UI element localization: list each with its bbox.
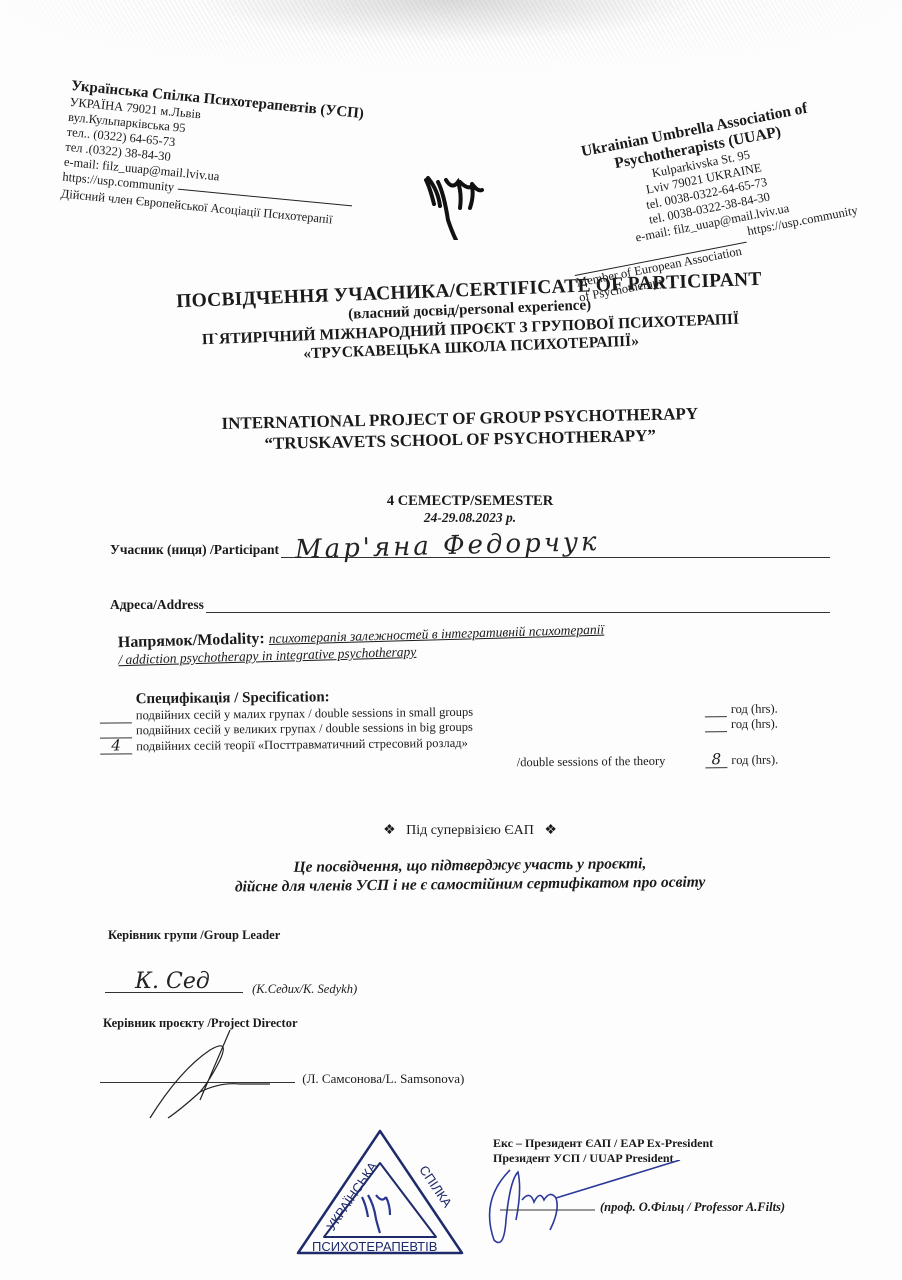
group-leader-signature-row: К. Сед (К.Седих/K. Sedykh)	[105, 972, 485, 997]
director-signature-icon	[140, 1030, 270, 1120]
usp-logo-icon	[420, 160, 490, 240]
stamp-left-text: УКРАЇНСЬКА	[323, 1159, 380, 1234]
address-label: Адреса/Address	[110, 597, 204, 613]
president-name: (проф. О.Фільц / Professor A.Filts)	[600, 1200, 785, 1215]
spec-hours-label: год (hrs).	[731, 717, 778, 732]
modality-value-ua: психотерапія залежностей в інтегративній…	[269, 622, 605, 646]
specification: Специфікація / Specification: подвійних …	[100, 684, 801, 774]
spec-hours-label: год (hrs).	[731, 753, 778, 768]
address-line	[206, 590, 830, 613]
diamond-ornament-icon: ❖	[383, 823, 396, 838]
stamp-bottom-text: ПСИХОТЕРАПЕВТІВ	[312, 1239, 437, 1254]
stamp-right-text: СПІЛКА	[416, 1163, 455, 1211]
address-field: Адреса/Address	[110, 590, 830, 613]
validity-note: Це посвідчення, що підтверджує участь у …	[150, 853, 790, 898]
participant-label: Учасник (ниця) /Participant	[110, 542, 279, 558]
scan-artifact	[0, 0, 902, 75]
spec-count: 4	[100, 738, 132, 754]
spec-hours-label: год (hrs).	[731, 702, 778, 717]
group-leader-label: Керівник групи /Group Leader	[108, 928, 280, 943]
group-leader-signature: К. Сед	[135, 969, 210, 994]
spec-row-continued: /double sessions of the theory 8год (hrs…	[100, 751, 800, 774]
header-left: Українська Спілка Психотерапевтів (УСП) …	[60, 78, 390, 232]
project-en: INTERNATIONAL PROJECT OF GROUP PSYCHOTHE…	[200, 403, 721, 456]
supervision: ❖ Під супервізією ЄАП ❖	[330, 822, 610, 839]
modality-block: Напрямок/Modality: психотерапія залежнос…	[118, 618, 709, 668]
organization-stamp: УКРАЇНСЬКА СПІЛКА ПСИХОТЕРАПЕВТІВ	[290, 1125, 470, 1265]
signature-line: К. Сед	[105, 972, 243, 993]
group-leader-name: (К.Седих/K. Sedykh)	[252, 982, 357, 996]
certificate-title: ПОСВІДЧЕННЯ УЧАСНИКА/CERTIFICATE OF PART…	[149, 268, 791, 370]
participant-line: Мар'яна Федорчук	[281, 535, 830, 558]
semester-block: 4 СЕМЕСТР/SEMESTER 24-29.08.2023 р.	[250, 493, 690, 526]
semester: 4 СЕМЕСТР/SEMESTER	[250, 493, 690, 510]
participant-field: Учасник (ниця) /Participant Мар'яна Федо…	[110, 535, 830, 558]
president-title-1: Екс – Президент ЄАП / EAP Ex-President	[493, 1136, 833, 1151]
supervision-text: Під супервізією ЄАП	[406, 823, 534, 838]
spec-hours: 8	[705, 752, 727, 768]
diamond-ornament-icon: ❖	[544, 823, 557, 838]
project-director-name: (Л. Самсонова/L. Samsonova)	[302, 1071, 464, 1086]
spec-text-en: /double sessions of the theory	[100, 753, 705, 774]
participant-name: Мар'яна Федорчук	[295, 527, 600, 565]
dates: 24-29.08.2023 р.	[250, 510, 690, 526]
project-director-label: Керівник проєкту /Project Director	[103, 1016, 298, 1031]
